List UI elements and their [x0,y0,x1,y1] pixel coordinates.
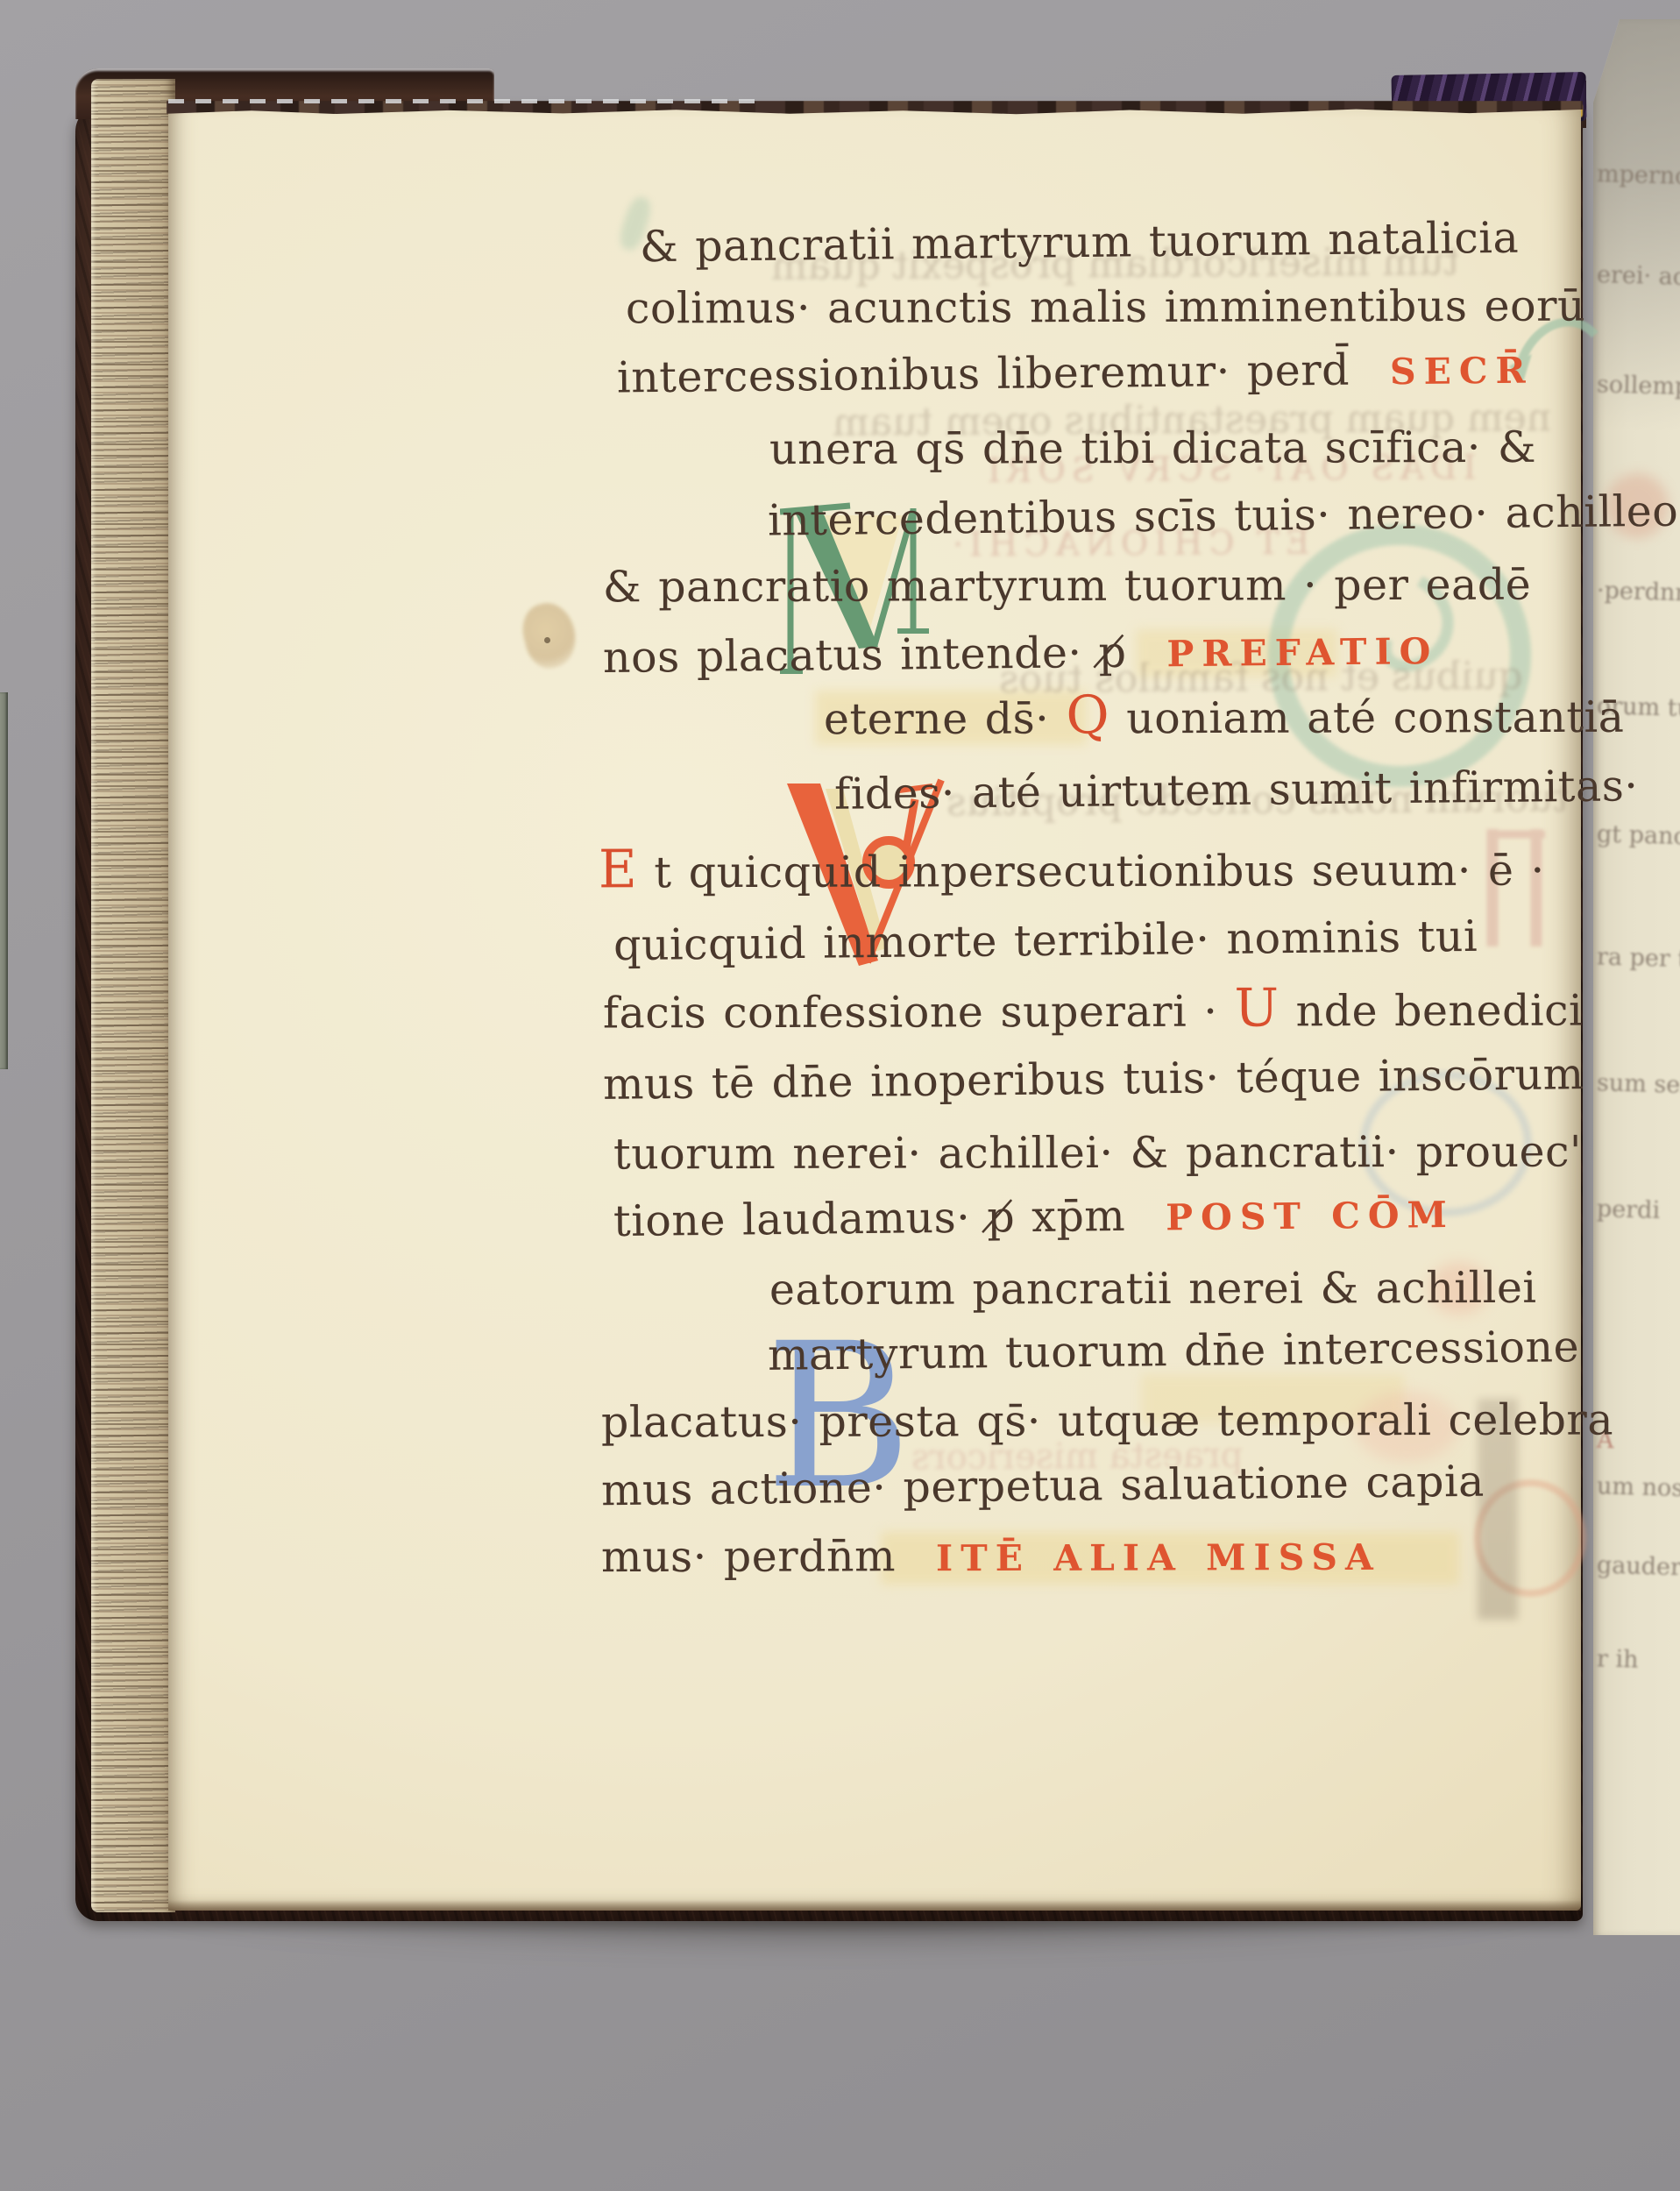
rubric: SECR̄ [1390,350,1534,394]
text-segment: martyrum tuorum dn̄e intercessione [768,1322,1580,1380]
rubric: POST CŌM [1166,1194,1455,1238]
next-page-text-line: r ih [1597,1645,1639,1673]
text-line: nos placatus intende· p̸PREFATIO [603,624,1439,685]
text-line: fides· até uirtutem sumit infirmitas· [834,761,1639,819]
text-line: E t quicquid inpersecutionibus seuum· ē … [599,843,1545,898]
text-segment: colimus· acunctis malis imminentibus eor… [626,281,1585,334]
next-page-edge: mpernos cerei· achillsollempni·perdnmoru… [1593,19,1680,1935]
text-line: & pancratii martyrum tuorum natalicia [640,213,1520,273]
next-page-text-line: erei· achill [1597,261,1680,292]
text-line: & pancratio martyrum tuorum · per eadē [603,560,1531,613]
text-line: mus actione· perpetua saluatione capia [601,1457,1485,1516]
text-segment: t quicquid inpersecutionibus seuum· ē · [637,846,1545,898]
next-page-text-line: ·perdnm [1597,577,1680,606]
text-segment: tuorum nerei· achillei· & pancratii· pro… [613,1127,1582,1180]
text-segment: facis confessione superari · [603,987,1235,1039]
rubric: PREFATIO [1166,630,1438,675]
text-line: placatus· presta qs̄· utquæ temporali ce… [601,1394,1613,1447]
next-page-text-line: ra per tu [1597,943,1680,973]
text-segment: quicquid inmorte terribile· nominis tui [613,911,1478,970]
text-segment: eatorum pancratii nerei & achillei [769,1263,1537,1315]
manuscript-photo: { "colors":{ "background":"#9a989b","lea… [0,0,1680,2191]
manuscript-page: tum misericordiam prospexit quamnem quam… [168,103,1581,1911]
text-segment: uoniam até constantiā [1109,692,1624,744]
next-page-shading [1593,19,1680,431]
stacked-page-edges [91,79,175,1912]
next-page-text-line: sum sente [1597,1069,1680,1100]
text-line: mus· perdn̄mITĒ ALIA MISSA [601,1530,1381,1585]
rubric: ITĒ ALIA MISSA [936,1536,1381,1579]
metal-ruler-edge [0,692,8,1069]
text-line: facis confessione superari · U nde bened… [603,983,1583,1039]
text-segment: Q [1066,684,1109,746]
next-page-text-line: um nosur [1597,1472,1680,1503]
text-segment: intercedentibus scīs tuis· nereo· achill… [768,486,1680,545]
next-page-text-line: perdi [1597,1195,1661,1224]
text-segment: & pancratio martyrum tuorum · per eadē [603,560,1531,613]
text-segment: & pancratii martyrum tuorum natalicia [640,213,1520,273]
text-segment: mus· perdn̄m [601,1531,896,1582]
next-page-text-line: sollempni [1597,371,1680,401]
text-segment: mus actione· perpetua saluatione capia [601,1457,1485,1516]
text-line: eatorum pancratii nerei & achillei [769,1263,1537,1315]
text-segment: placatus· presta qs̄· utquæ temporali ce… [601,1394,1613,1447]
text-line: intercedentibus scīs tuis· nereo· achill… [768,486,1680,545]
text-segment: nos placatus intende· p̸ [603,628,1127,683]
text-segment: tione laudamus· p̸ xp̄m [613,1191,1126,1246]
text-line: martyrum tuorum dn̄e intercessione [768,1322,1580,1380]
text-segment: mus tē dn̄e inoperibus tuis· téque inscō… [603,1049,1584,1110]
text-line: mus tē dn̄e inoperibus tuis· téque inscō… [603,1049,1584,1110]
text-segment: intercessionibus liberemur· perd̄ [617,345,1350,403]
text-line: unera qs̄ dn̄e tibi dicata scīfica· & [769,422,1536,474]
next-page-text-line: gt pancr [1597,820,1680,850]
text-segment: eterne ds̄· [824,693,1067,744]
next-page-text-line: mpernos c [1597,160,1680,191]
text-line: colimus· acunctis malis imminentibus eor… [626,281,1585,334]
text-segment: fides· até uirtutem sumit infirmitas· [834,761,1639,819]
text-line: tione laudamus· p̸ xp̄mPOST CŌM [613,1188,1455,1249]
text-segment: unera qs̄ dn̄e tibi dicata scīfica· & [769,422,1536,474]
text-line: quicquid inmorte terribile· nominis tui [613,911,1478,970]
text-segment: U [1234,977,1279,1039]
text-line: tuorum nerei· achillei· & pancratii· pro… [613,1127,1582,1180]
text-line: eterne ds̄· Q uoniam até constantiā [824,690,1625,744]
text-segment: nde benedici [1279,986,1583,1037]
next-page-text-line: gaudere [1597,1551,1680,1581]
text-line: intercessionibus liberemur· perd̄SECR̄ [617,344,1534,406]
text-segment: E [599,839,637,900]
text-block: & pancratii martyrum tuorum nataliciacol… [168,103,1581,1911]
